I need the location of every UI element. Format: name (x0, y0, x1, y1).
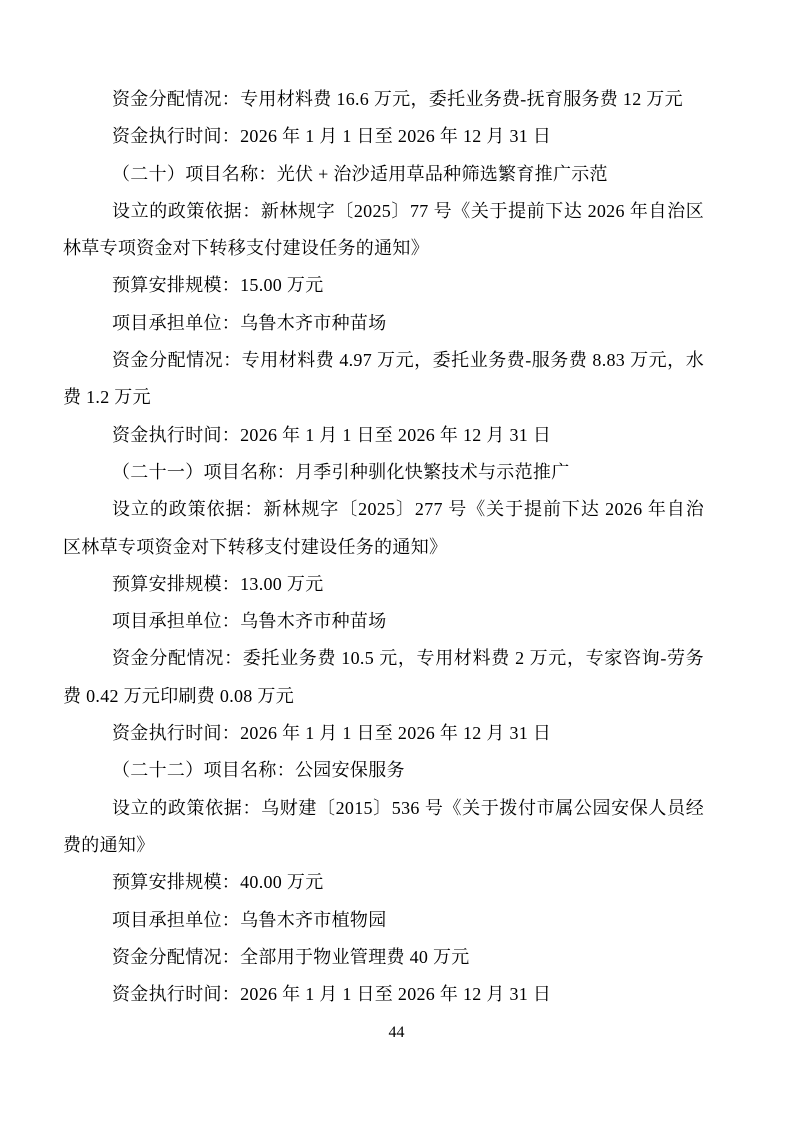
paragraph-project-name-21: （二十一）项目名称：月季引种驯化快繁技术与示范推广 (63, 454, 704, 491)
paragraph-fund-allocation: 资金分配情况：委托业务费 10.5 元，专用材料费 2 万元，专家咨询-劳务费 … (63, 640, 704, 715)
paragraph-fund-allocation: 资金分配情况：专用材料费 16.6 万元，委托业务费-抚育服务费 12 万元 (63, 81, 704, 118)
document-page: 资金分配情况：专用材料费 16.6 万元，委托业务费-抚育服务费 12 万元 资… (0, 0, 793, 1122)
paragraph-project-name-22: （二十二）项目名称：公园安保服务 (63, 752, 704, 789)
paragraph-budget-scale: 预算安排规模：13.00 万元 (63, 566, 704, 603)
paragraph-fund-execution-time: 资金执行时间：2026 年 1 月 1 日至 2026 年 12 月 31 日 (63, 976, 704, 1013)
paragraph-policy-basis: 设立的政策依据：新林规字〔2025〕277 号《关于提前下达 2026 年自治区… (63, 491, 704, 566)
paragraph-undertaking-unit: 项目承担单位：乌鲁木齐市种苗场 (63, 305, 704, 342)
page-content: 资金分配情况：专用材料费 16.6 万元，委托业务费-抚育服务费 12 万元 资… (63, 81, 704, 1013)
paragraph-fund-allocation: 资金分配情况：专用材料费 4.97 万元，委托业务费-服务费 8.83 万元，水… (63, 342, 704, 417)
paragraph-fund-execution-time: 资金执行时间：2026 年 1 月 1 日至 2026 年 12 月 31 日 (63, 715, 704, 752)
paragraph-fund-allocation: 资金分配情况：全部用于物业管理费 40 万元 (63, 939, 704, 976)
paragraph-undertaking-unit: 项目承担单位：乌鲁木齐市植物园 (63, 902, 704, 939)
paragraph-fund-execution-time: 资金执行时间：2026 年 1 月 1 日至 2026 年 12 月 31 日 (63, 118, 704, 155)
paragraph-policy-basis: 设立的政策依据：新林规字〔2025〕77 号《关于提前下达 2026 年自治区林… (63, 193, 704, 268)
paragraph-fund-execution-time: 资金执行时间：2026 年 1 月 1 日至 2026 年 12 月 31 日 (63, 417, 704, 454)
paragraph-project-name-20: （二十）项目名称：光伏 + 治沙适用草品种筛选繁育推广示范 (63, 156, 704, 193)
page-number: 44 (0, 1024, 793, 1042)
paragraph-undertaking-unit: 项目承担单位：乌鲁木齐市种苗场 (63, 603, 704, 640)
paragraph-policy-basis: 设立的政策依据：乌财建〔2015〕536 号《关于拨付市属公园安保人员经费的通知… (63, 790, 704, 865)
paragraph-budget-scale: 预算安排规模：40.00 万元 (63, 864, 704, 901)
paragraph-budget-scale: 预算安排规模：15.00 万元 (63, 267, 704, 304)
